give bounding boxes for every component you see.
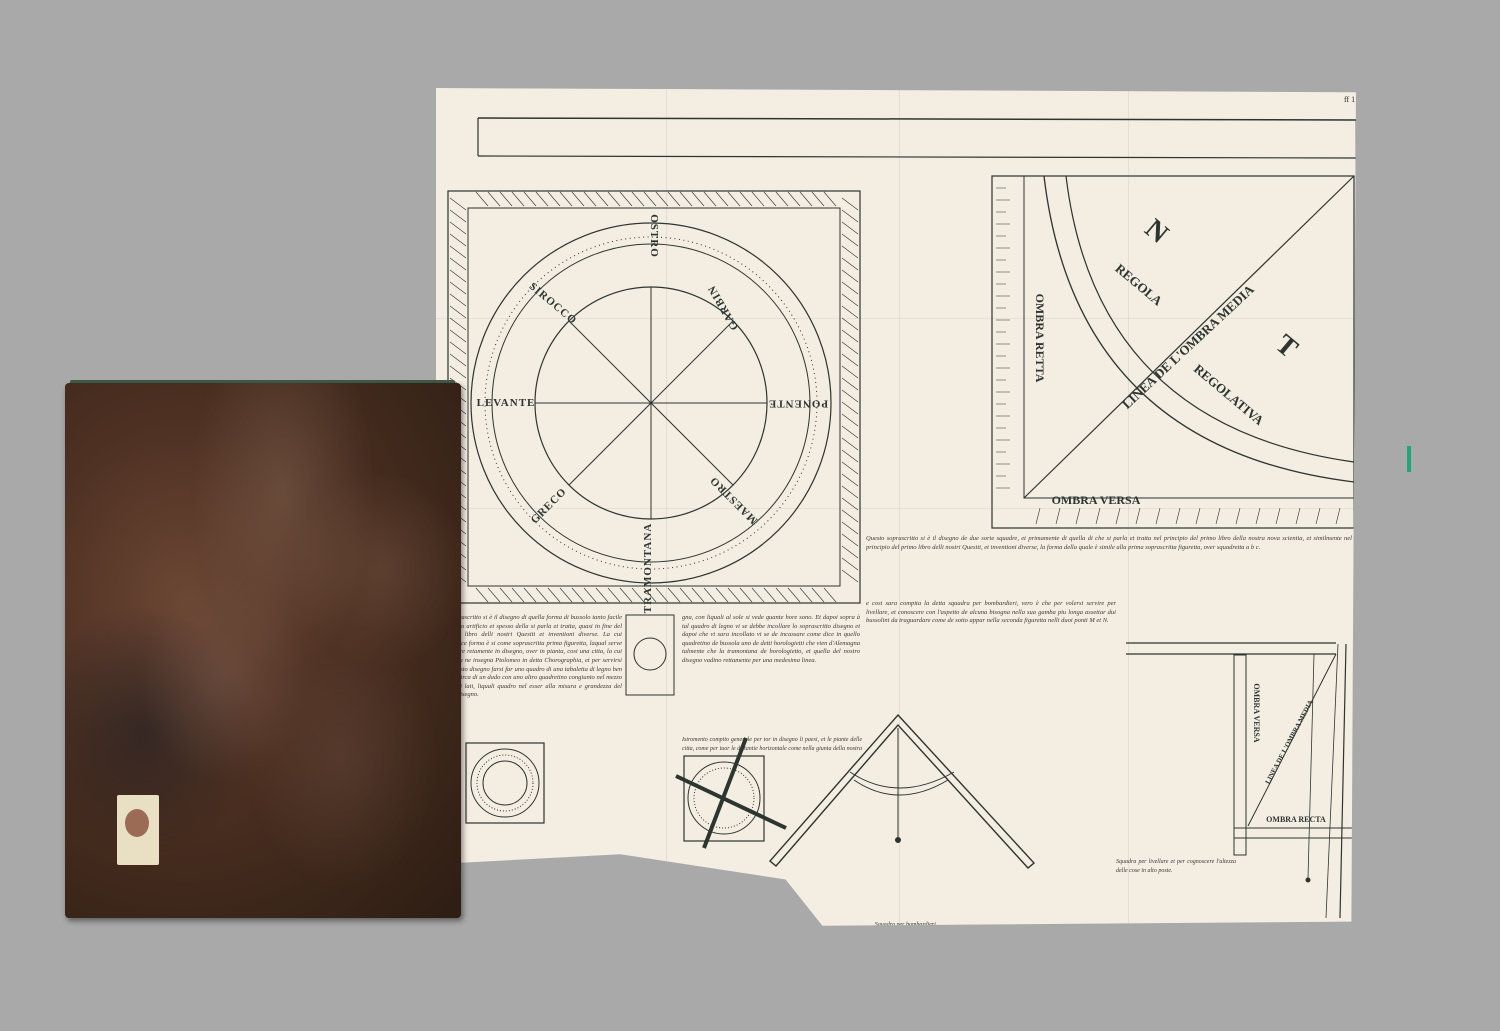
quadrant-letter-t: T [1269, 329, 1303, 365]
squadra-bombardieri-caption: Squadra per bombardieri. [875, 922, 938, 928]
spine-label [117, 795, 159, 865]
wind-label-ostro: OSTRO [648, 214, 660, 258]
quadrant-regolativa: REGOLATIVA [1191, 361, 1267, 428]
wind-label-greco: GRECO [529, 486, 570, 527]
text-block-left: Il soprascritto si è il disegno di quell… [444, 614, 622, 724]
fold-out-plate: OSTRO GARBIN PONENTE MAESTRO TRAMONTANA … [436, 88, 1356, 930]
wind-label-garbin: GARBIN [706, 283, 741, 332]
wind-label-ponente: PONENTE [768, 397, 828, 409]
text-block-quadrant: Questo soprascritto si è il disegno de d… [866, 535, 1352, 601]
bookmark-tab [1407, 446, 1411, 472]
text-block-squadra: e cosi sara compita la detta squadra per… [866, 600, 1116, 710]
squadra-linea-media: LINEA DE L'OMBRA MEDIA [1264, 699, 1315, 786]
squadra-ombra-versa: OMBRA VERSA [1252, 683, 1261, 742]
quadrant-letter-n: N [1139, 213, 1174, 250]
wind-label-levante: LEVANTE [477, 397, 536, 409]
quadrant-regola: REGOLA [1112, 261, 1165, 309]
quadrant-ombra-retta: OMBRA RETTA [1033, 294, 1047, 383]
text-block-right: gna, con liquali al sole si vede quante … [682, 614, 860, 696]
wind-label-tramontana: TRAMONTANA [642, 523, 654, 613]
squadra-livellare-caption: Squadra per livellare et per cognoscere … [1116, 858, 1236, 878]
plate-engravings: OSTRO GARBIN PONENTE MAESTRO TRAMONTANA … [436, 88, 1356, 930]
wind-label-sirocco: SIROCCO [527, 280, 579, 327]
quadrant-ombra-versa: OMBRA VERSA [1052, 493, 1141, 507]
squadra-ombra-recta: OMBRA RECTA [1266, 815, 1326, 824]
instrument-caption: Istromento compito generale per tor in d… [682, 736, 862, 754]
page-number: ff 1 [1344, 95, 1355, 104]
